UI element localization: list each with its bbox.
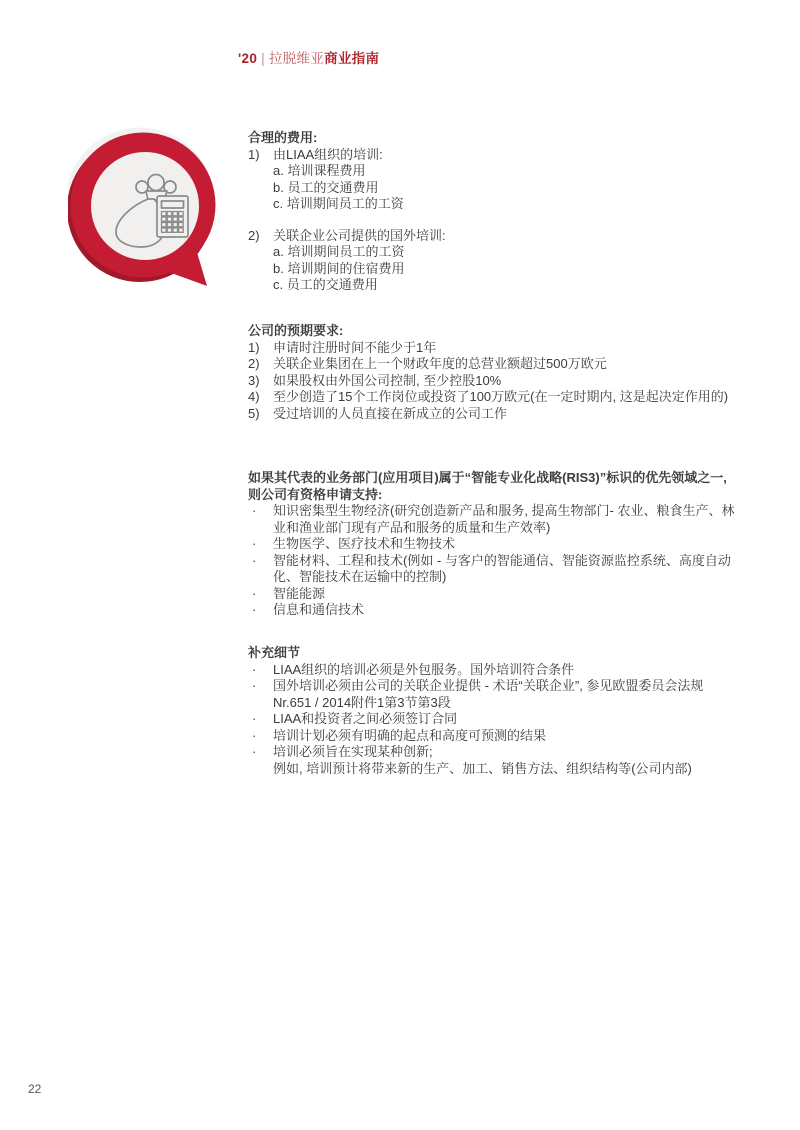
sub-item: b. 培训期间的住宿费用 — [273, 261, 740, 278]
bullet-text: 生物医学、医疗技术和生物技术 — [273, 536, 740, 553]
header-title: 商业指南 — [324, 51, 379, 66]
section-heading: 如果其代表的业务部门(应用项目)属于“智能专业化战略(RIS3)”标识的优先领域… — [248, 470, 740, 503]
speech-bubble-icon — [68, 126, 220, 292]
list-item: 3) 如果股权由外国公司控制, 至少控股10% — [248, 373, 740, 390]
section-heading: 公司的预期要求: — [248, 323, 740, 340]
bullet-marker: · — [248, 728, 273, 745]
bullet-text: 培训必须旨在实现某种创新; — [273, 744, 740, 761]
bullet-item: · LIAA组织的培训必须是外包服务。国外培训符合条件 — [248, 662, 740, 679]
item-number: 1) — [248, 147, 273, 164]
bullet-text: 信息和通信技术 — [273, 602, 740, 619]
bullet-marker: · — [248, 662, 273, 679]
list-item: 4) 至少创造了15个工作岗位或投资了100万欧元(在一定时期内, 这是起决定作… — [248, 389, 740, 406]
bullet-item: · 国外培训必须由公司的关联企业提供 - 术语“关联企业”, 参见欧盟委员会法规… — [248, 678, 740, 711]
sub-item: a. 培训课程费用 — [273, 163, 740, 180]
section-additional-details: 补充细节 · LIAA组织的培训必须是外包服务。国外培训符合条件 · 国外培训必… — [248, 645, 740, 777]
bullet-item: · 智能能源 — [248, 586, 740, 603]
item-number: 2) — [248, 228, 273, 245]
bullet-continuation: 例如, 培训预计将带来新的生产、加工、销售方法、组织结构等(公司内部) — [273, 761, 740, 778]
item-number: 1) — [248, 340, 273, 357]
bullet-text: LIAA和投资者之间必须签订合同 — [273, 711, 740, 728]
section-reasonable-costs: 合理的费用: 1) 由LIAA组织的培训: a. 培训课程费用 b. 员工的交通… — [248, 130, 740, 294]
bullet-marker: · — [248, 602, 273, 619]
item-text: 由LIAA组织的培训: — [273, 147, 740, 164]
bullet-text: 智能能源 — [273, 586, 740, 603]
page-number: 22 — [28, 1082, 41, 1096]
bullet-text: 国外培训必须由公司的关联企业提供 - 术语“关联企业”, 参见欧盟委员会法规Nr… — [273, 678, 740, 711]
section-heading: 合理的费用: — [248, 130, 740, 147]
bullet-item: · 生物医学、医疗技术和生物技术 — [248, 536, 740, 553]
header-year: '20 — [238, 51, 257, 66]
sub-item: c. 培训期间员工的工资 — [273, 196, 740, 213]
item-text: 申请时注册时间不能少于1年 — [273, 340, 740, 357]
bullet-marker: · — [248, 586, 273, 603]
sub-item: b. 员工的交通费用 — [273, 180, 740, 197]
calculator-icon — [157, 196, 188, 237]
item-text: 受过培训的人员直接在新成立的公司工作 — [273, 406, 740, 423]
list-item: 5) 受过培训的人员直接在新成立的公司工作 — [248, 406, 740, 423]
list-item: 1) 申请时注册时间不能少于1年 — [248, 340, 740, 357]
bullet-text: 智能材料、工程和技术(例如 - 与客户的智能通信、智能资源监控系统、高度自动化、… — [273, 553, 740, 586]
header-region: 拉脱维亚 — [269, 51, 324, 66]
item-number: 2) — [248, 356, 273, 373]
item-text: 至少创造了15个工作岗位或投资了100万欧元(在一定时期内, 这是起决定作用的) — [273, 389, 740, 406]
item-number: 4) — [248, 389, 273, 406]
section-heading: 补充细节 — [248, 645, 740, 662]
bullet-text: 知识密集型生物经济(研究创造新产品和服务, 提高生物部门- 农业、粮食生产、林业… — [273, 503, 740, 536]
bullet-item: · 智能材料、工程和技术(例如 - 与客户的智能通信、智能资源监控系统、高度自动… — [248, 553, 740, 586]
spacer — [248, 213, 740, 228]
bullet-text: LIAA组织的培训必须是外包服务。国外培训符合条件 — [273, 662, 740, 679]
bullet-marker: · — [248, 553, 273, 570]
item-text: 如果股权由外国公司控制, 至少控股10% — [273, 373, 740, 390]
document-page: '20|拉脱维亚商业指南 — [0, 0, 800, 1130]
sub-item: c. 员工的交通费用 — [273, 277, 740, 294]
bullet-marker: · — [248, 711, 273, 728]
item-number: 3) — [248, 373, 273, 390]
bullet-marker: · — [248, 503, 273, 520]
section-company-requirements: 公司的预期要求: 1) 申请时注册时间不能少于1年 2) 关联企业集团在上一个财… — [248, 323, 740, 422]
bullet-marker: · — [248, 744, 273, 761]
bullet-marker: · — [248, 678, 273, 695]
item-text: 关联企业公司提供的国外培训: — [273, 228, 740, 245]
list-item: 2) 关联企业公司提供的国外培训: — [248, 228, 740, 245]
cost-badge — [68, 126, 220, 292]
bullet-text: 培训计划必须有明确的起点和高度可预测的结果 — [273, 728, 740, 745]
page-header: '20|拉脱维亚商业指南 — [238, 47, 379, 67]
section-ris3-priority-areas: 如果其代表的业务部门(应用项目)属于“智能专业化战略(RIS3)”标识的优先领域… — [248, 470, 740, 619]
bullet-marker: · — [248, 536, 273, 553]
bullet-item: · 培训计划必须有明确的起点和高度可预测的结果 — [248, 728, 740, 745]
item-text: 关联企业集团在上一个财政年度的总营业额超过500万欧元 — [273, 356, 740, 373]
sub-item: a. 培训期间员工的工资 — [273, 244, 740, 261]
bullet-item: · 信息和通信技术 — [248, 602, 740, 619]
header-divider: | — [257, 51, 269, 66]
list-item: 2) 关联企业集团在上一个财政年度的总营业额超过500万欧元 — [248, 356, 740, 373]
bullet-item: · LIAA和投资者之间必须签订合同 — [248, 711, 740, 728]
list-item: 1) 由LIAA组织的培训: — [248, 147, 740, 164]
bullet-item: · 培训必须旨在实现某种创新; — [248, 744, 740, 761]
item-number: 5) — [248, 406, 273, 423]
bullet-item: · 知识密集型生物经济(研究创造新产品和服务, 提高生物部门- 农业、粮食生产、… — [248, 503, 740, 536]
